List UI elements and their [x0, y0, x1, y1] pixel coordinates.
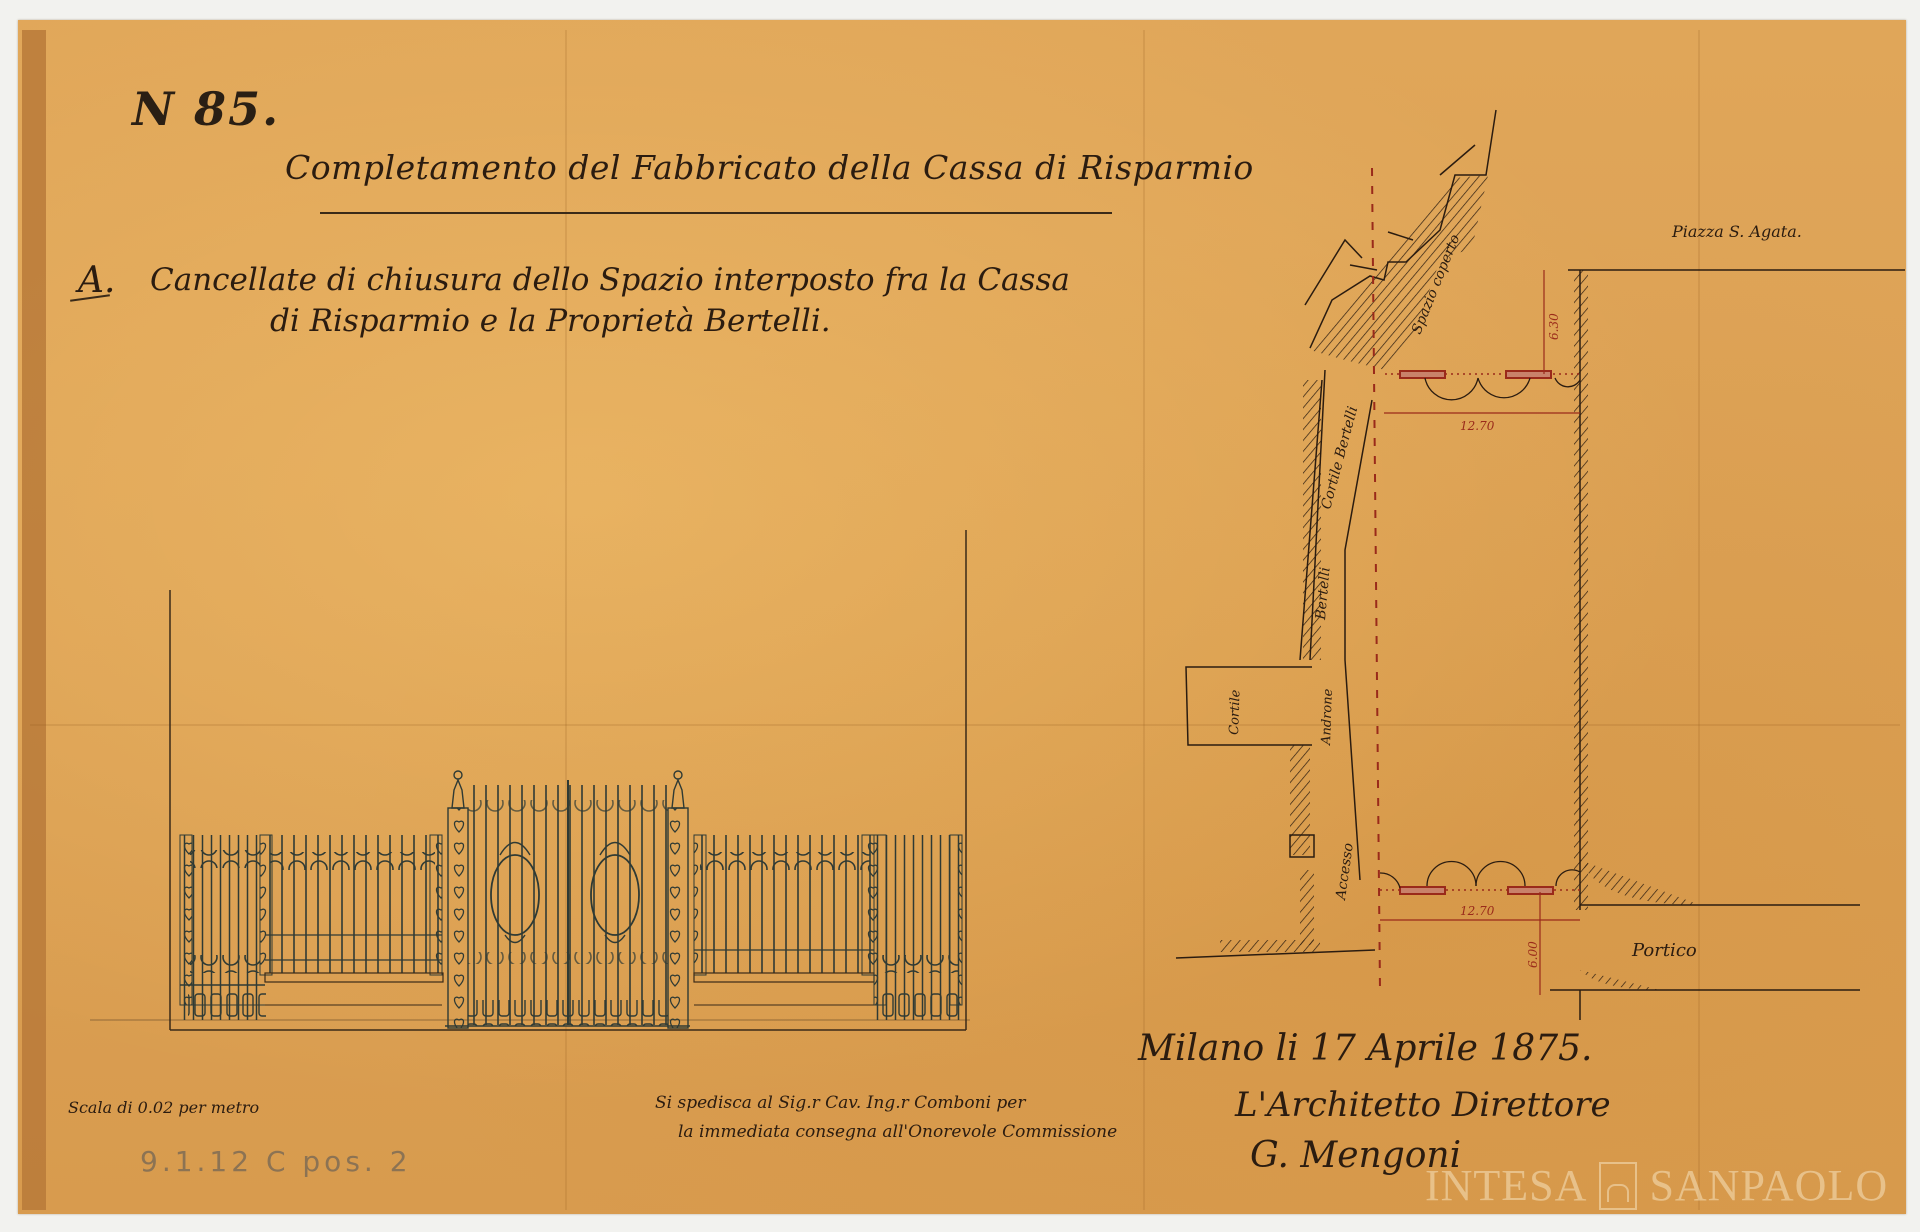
- watermark-logo-icon: [1599, 1162, 1637, 1210]
- date-line: Milano li 17 Aprile 1875.: [1138, 1028, 1592, 1069]
- pencil-archive-ref: 9.1.12 C pos. 2: [140, 1145, 412, 1178]
- dim-top-width: 12.70: [1460, 419, 1495, 433]
- fence-mid-right: [694, 835, 874, 1005]
- gate-elevation: [90, 530, 970, 1030]
- watermark-right: SANPAOLO: [1649, 1160, 1888, 1211]
- dispatch-note-line-1: Si spedisca al Sig.r Cav. Ing.r Comboni …: [655, 1093, 1026, 1113]
- label-cortile: Cortile: [1227, 689, 1244, 735]
- scale-note: Scala di 0.02 per metro: [68, 1098, 259, 1117]
- watermark: INTESA SANPAOLO: [1425, 1160, 1888, 1211]
- label-androne: Androne: [1319, 688, 1336, 746]
- fence-right: [874, 835, 962, 1020]
- dim-bottom-depth: 6.00: [1526, 941, 1540, 968]
- dim-top-depth: 6.30: [1547, 313, 1561, 340]
- dispatch-note-line-2: la immediata consegna all'Onorevole Comm…: [678, 1122, 1117, 1142]
- label-portico: Portico: [1632, 940, 1697, 961]
- drawing-layer: Spazio coperto Cortile Bertelli Bertelli…: [0, 0, 1920, 1232]
- main-gate: [445, 771, 690, 1028]
- dim-bottom-width: 12.70: [1460, 904, 1495, 918]
- label-accesso: Accesso: [1333, 842, 1357, 903]
- label-bertelli: Bertelli: [1313, 567, 1334, 622]
- signature-title: L'Architetto Direttore: [1235, 1085, 1611, 1125]
- fence-mid-left: [260, 835, 443, 1005]
- label-piazza: Piazza S. Agata.: [1672, 222, 1802, 241]
- fence-left: [180, 835, 266, 1020]
- gate-swing-arcs: [1380, 378, 1580, 888]
- watermark-left: INTESA: [1425, 1160, 1587, 1211]
- site-plan: [1176, 110, 1905, 1020]
